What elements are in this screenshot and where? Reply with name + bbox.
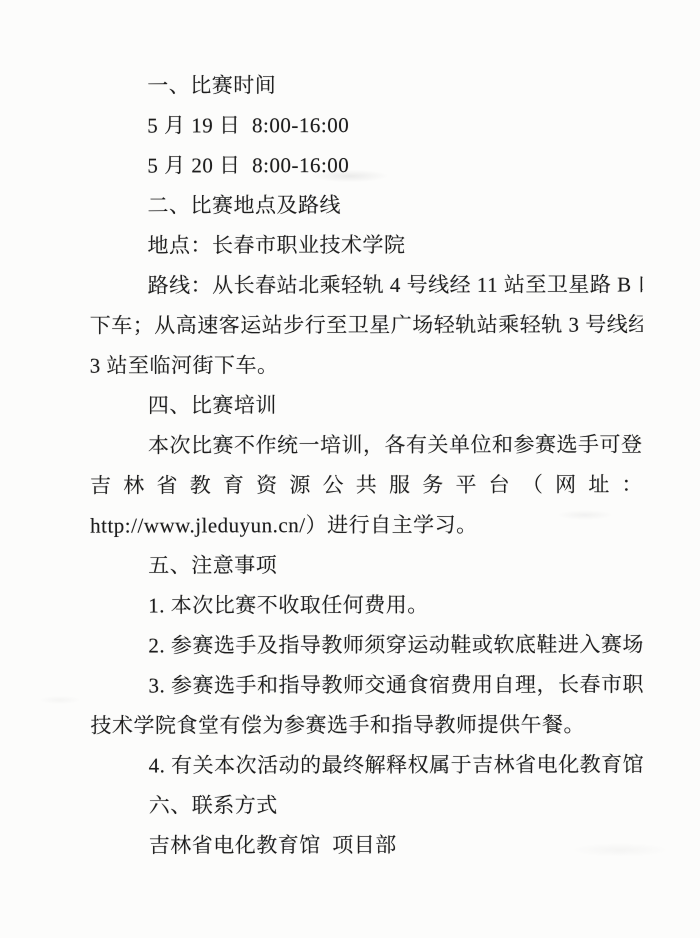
document-line: 下车；从高速客运站步行至卫星广场轻轨站乘轻轨 3 号线经	[90, 304, 643, 345]
document-line: http://www.jleduyun.cn/）进行自主学习。	[90, 504, 643, 545]
document-line: 5 月 19 日 8:00-16:00	[89, 104, 642, 145]
document-line: 3. 参赛选手和指导教师交通食宿费用自理，长春市职业	[90, 664, 643, 705]
section-heading: 一、比赛时间	[89, 64, 642, 105]
scanned-document-page: 一、比赛时间5 月 19 日 8:00-16:005 月 20 日 8:00-1…	[0, 0, 700, 938]
document-line: 路线：从长春站北乘轻轨 4 号线经 11 站至卫星路 B 口	[90, 264, 643, 305]
document-line: 2. 参赛选手及指导教师须穿运动鞋或软底鞋进入赛场。	[90, 624, 643, 665]
document-line: 本次比赛不作统一培训，各有关单位和参赛选手可登陆	[90, 424, 643, 465]
document-line: 地点：长春市职业技术学院	[89, 224, 642, 265]
document-line: 技术学院食堂有偿为参赛选手和指导教师提供午餐。	[91, 704, 644, 745]
document-line: 吉林省电化教育馆 项目部	[91, 824, 644, 865]
section-heading: 四、比赛培训	[90, 384, 643, 425]
section-heading: 六、联系方式	[91, 784, 644, 825]
document-body: 一、比赛时间5 月 19 日 8:00-16:005 月 20 日 8:00-1…	[89, 64, 644, 865]
document-line: 吉林省教育资源公共服务平台（网址：	[90, 464, 643, 505]
document-line: 1. 本次比赛不收取任何费用。	[90, 584, 643, 625]
document-line: 5 月 20 日 8:00-16:00	[89, 144, 642, 185]
section-heading: 二、比赛地点及路线	[89, 184, 642, 225]
document-line: 4. 有关本次活动的最终解释权属于吉林省电化教育馆。	[91, 744, 644, 785]
document-line: 3 站至临河街下车。	[90, 344, 643, 385]
section-heading: 五、注意事项	[90, 544, 643, 585]
